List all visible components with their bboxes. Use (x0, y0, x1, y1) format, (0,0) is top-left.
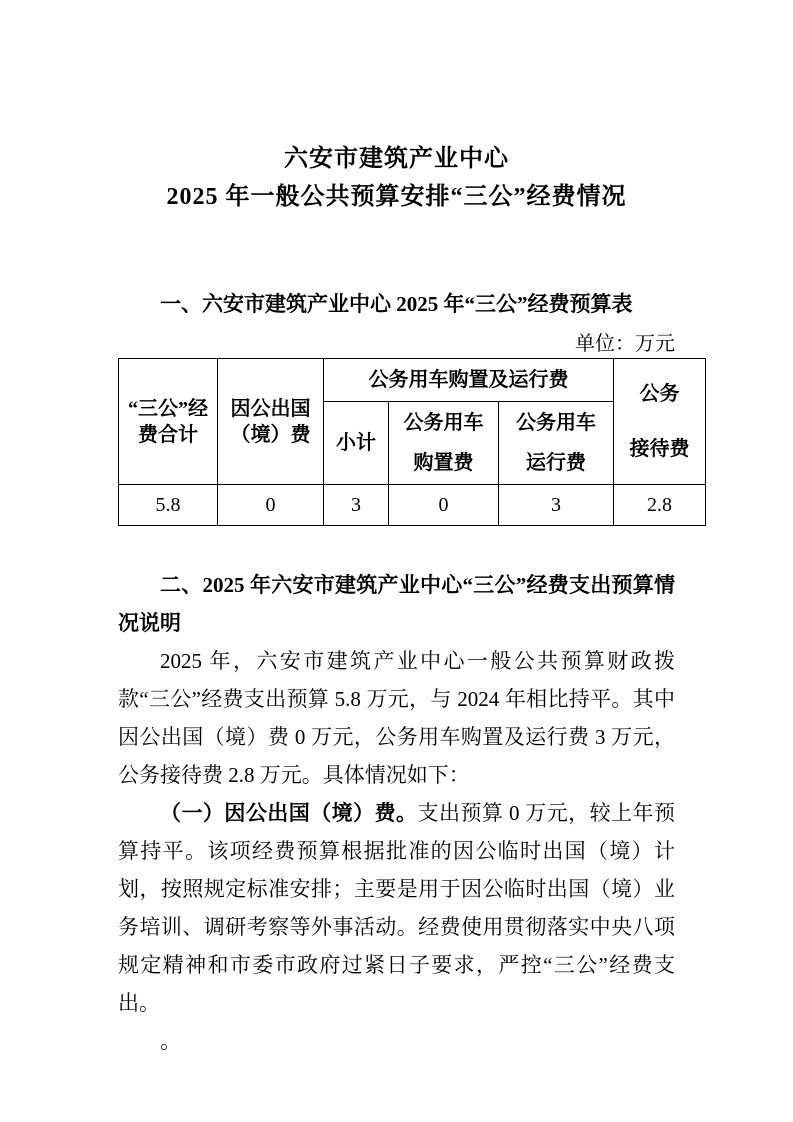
table-cell-total: 5.8 (119, 485, 218, 526)
table-cell-vehicle-purchase: 0 (389, 485, 499, 526)
document-title-line1: 六安市建筑产业中心 (118, 140, 675, 178)
unit-note: 单位：万元 (118, 330, 675, 358)
table-header-reception: 公务 接待费 (614, 359, 706, 485)
document-content: 六安市建筑产业中心 2025 年一般公共预算安排“三公”经费情况 一、六安市建筑… (118, 0, 675, 1060)
table-header-vehicle-group: 公务用车购置及运行费 (324, 359, 614, 402)
table-cell-reception: 2.8 (614, 485, 706, 526)
table-cell-vehicle-subtotal: 3 (324, 485, 389, 526)
table-cell-abroad: 0 (218, 485, 324, 526)
paragraph-trailing-period: 。 (118, 1022, 675, 1060)
paragraph-summary: 2025 年，六安市建筑产业中心一般公共预算财政拨款“三公”经费支出预算 5.8… (118, 642, 675, 794)
table-header-row-1: “三公”经 费合计 因公出国 （境）费 公务用车购置及运行费 公务 接待费 (119, 359, 706, 402)
paragraph-abroad-lead: （一）因公出国（境）费。 (160, 801, 418, 825)
table-header-total: “三公”经 费合计 (119, 359, 218, 485)
table-header-abroad: 因公出国 （境）费 (218, 359, 324, 485)
table-header-vehicle-subtotal: 小计 (324, 402, 389, 485)
table-cell-vehicle-operation: 3 (499, 485, 614, 526)
paragraph-abroad-body: 支出预算 0 万元，较上年预算持平。该项经费预算根据批准的因公临时出国（境）计划… (118, 801, 675, 1015)
table-data-row: 5.8 0 3 0 3 2.8 (119, 485, 706, 526)
section1-heading: 一、六安市建筑产业中心 2025 年“三公”经费预算表 (118, 290, 675, 318)
budget-table: “三公”经 费合计 因公出国 （境）费 公务用车购置及运行费 公务 接待费 小计… (118, 358, 706, 526)
document-title-line2: 2025 年一般公共预算安排“三公”经费情况 (118, 178, 675, 216)
table-header-vehicle-operation: 公务用车 运行费 (499, 402, 614, 485)
title-block: 六安市建筑产业中心 2025 年一般公共预算安排“三公”经费情况 (118, 140, 675, 216)
section2-heading: 二、2025 年六安市建筑产业中心“三公”经费支出预算情况说明 (118, 566, 675, 642)
table-header-vehicle-purchase: 公务用车 购置费 (389, 402, 499, 485)
document-page: 六安市建筑产业中心 2025 年一般公共预算安排“三公”经费情况 一、六安市建筑… (0, 0, 793, 1122)
paragraph-abroad-detail: （一）因公出国（境）费。支出预算 0 万元，较上年预算持平。该项经费预算根据批准… (118, 794, 675, 1022)
